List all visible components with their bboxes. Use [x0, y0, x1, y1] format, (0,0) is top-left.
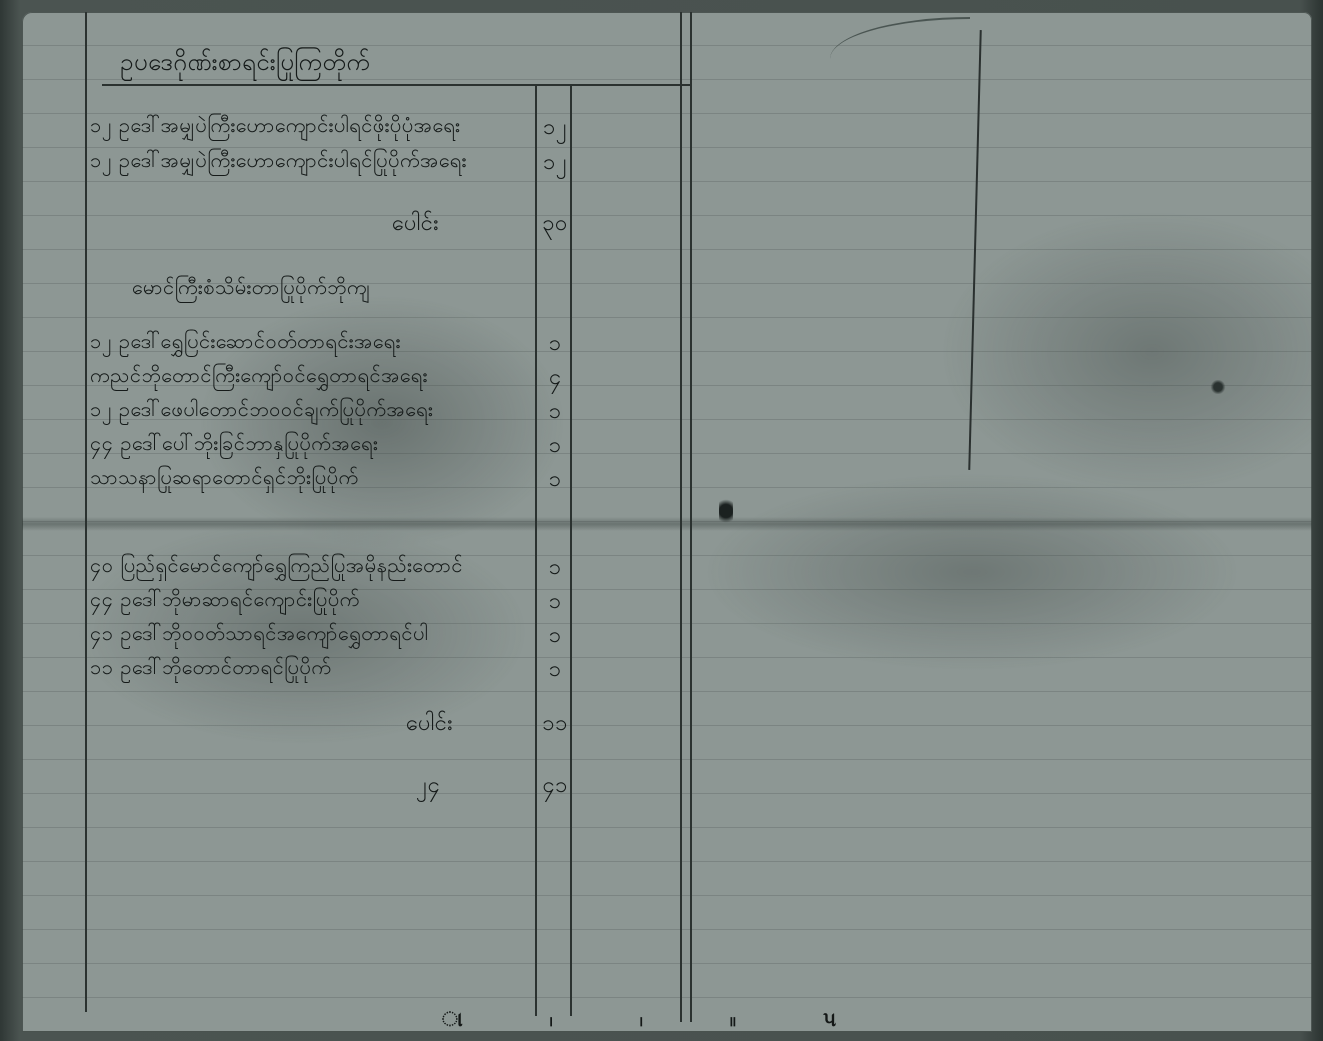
page-title: ဥပဒေဂိုဏ်းစာရင်းပြုကြတိုက်	[120, 46, 370, 82]
ledger-count: ၁	[538, 654, 572, 687]
subtotal-label: ပေါင်း	[392, 208, 439, 241]
ledger-row: ၁၂ ဥဒေါ်ဖေပါတောင်ဘဝဝင်ချက်ပြုပိုက်အရေး	[90, 396, 433, 426]
ink-blot	[719, 496, 733, 526]
ledger-count: ၁၂	[538, 147, 572, 180]
ledger-page: ဥပဒေဂိုဏ်းစာရင်းပြုကြတိုက် ၁၂ ဥဒေါ်အမျှပ…	[22, 12, 1312, 1032]
margin-line-left	[85, 12, 87, 1012]
ledger-count: ၁	[538, 464, 572, 497]
ledger-row: ၁၁ ဥဒေါ်ဘိုတောင်တာရင်ပြုပိုက်	[90, 654, 331, 684]
column-line-3	[680, 12, 682, 1022]
subtotal-label: ပေါင်း	[406, 708, 453, 741]
page-fold	[22, 517, 1312, 531]
ledger-row: ၁၂ ဥဒေါ်အမျှပဲကြီးဟောကျောင်းပါရင်ပြုပိုက…	[90, 147, 467, 177]
ledger-count: ၁	[538, 328, 572, 361]
ledger-row: ၁၂ ဥဒေါ်အမျှပဲကြီးဟောကျောင်းပါရင်ဖိုးပို…	[90, 112, 460, 142]
footer-marks: ા ၊ ၊ ။ ૫	[442, 1006, 876, 1036]
grand-total-value: ၄၁	[538, 770, 572, 803]
ledger-count: ၁	[538, 552, 572, 585]
column-line-4	[690, 12, 692, 1022]
ledger-row: ၄၄ ဥဒေါ်ဘိုမာဆာရင်ကျောင်းပြုပိုက်	[90, 586, 360, 616]
ledger-row: ကညင်ဘိုတောင်ကြီးကျော်ဝင်ရွှေတာရင်အရေး	[90, 362, 428, 392]
ledger-row: ၄၁ ဥဒေါ်ဘိုဝဝတ်သာရင်အကျော်ရွှေတာရင်ပါ	[90, 620, 428, 650]
section-heading: မောင်ကြီးစံသိမ်းတာပြုပိုက်ဘိုကျ	[132, 274, 370, 304]
ledger-count: ၁	[538, 586, 572, 619]
column-line-1	[535, 86, 537, 1016]
ledger-count: ၁၂	[538, 112, 572, 145]
ledger-count: ၄	[538, 362, 572, 395]
header-rule	[102, 84, 692, 86]
ledger-row: ၁၂ ဥဒေါ်ရွှေပြင်းဆောင်ဝတ်တာရင်းအရေး	[90, 328, 401, 358]
ledger-row: သာသနာပြုဆရာတောင်ရှင်ဘိုးပြုပိုက်	[90, 464, 359, 494]
ledger-count: ၁	[538, 430, 572, 463]
subtotal-value: ၁၁	[538, 708, 572, 741]
subtotal-value: ၃၀	[538, 208, 572, 241]
ledger-row: ၄၀ ပြည်ရှင်မောင်ကျော်ရွှေကြည်ပြုအမိုနည်း…	[90, 552, 463, 582]
ledger-count: ၁	[538, 396, 572, 429]
ink-blot	[1210, 380, 1226, 394]
ledger-row: ၄၄ ဥဒေါ်ပေါ်ဘိုးခြင်ဘာနှပြုပိုက်အရေး	[90, 430, 378, 460]
grand-total-label: ၂၄	[416, 770, 440, 803]
ledger-count: ၁	[538, 620, 572, 653]
